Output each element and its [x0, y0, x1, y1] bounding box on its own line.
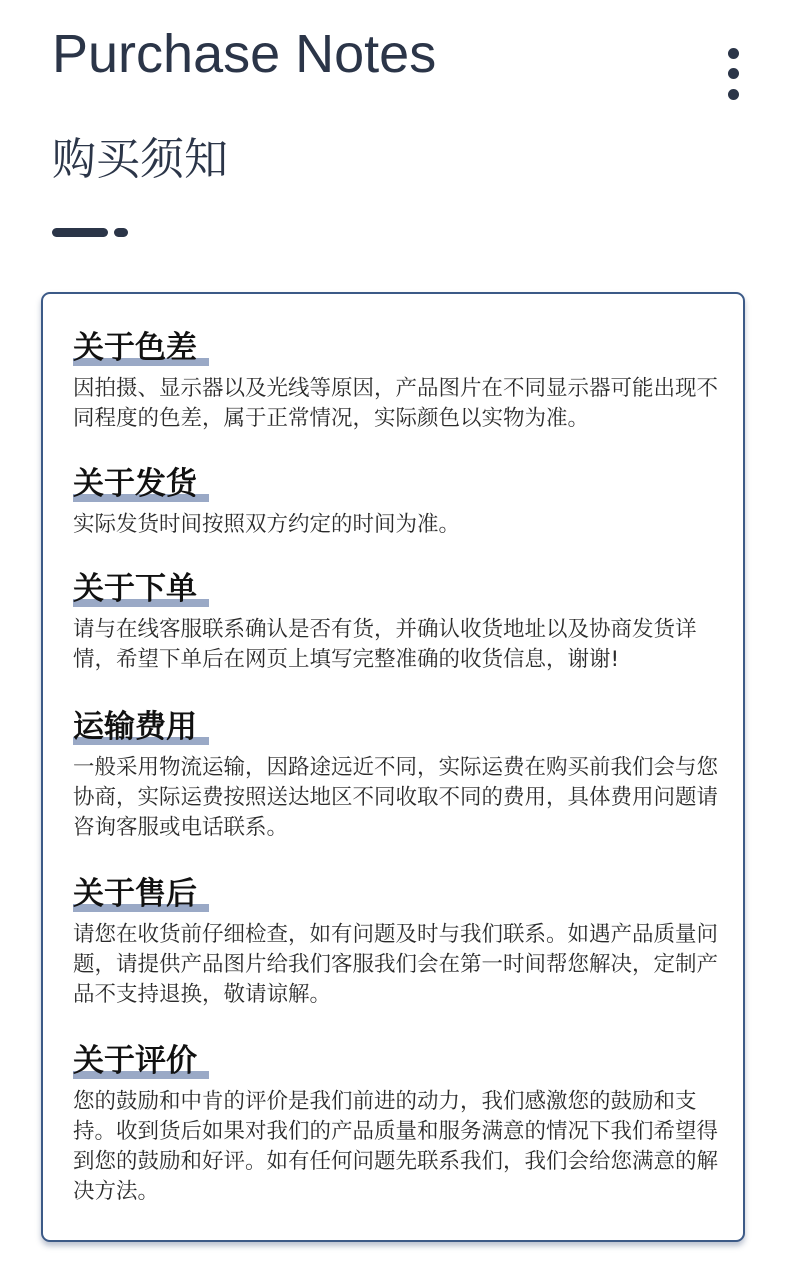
more-dot [728, 89, 739, 100]
section-body: 请与在线客服联系确认是否有货，并确认收货地址以及协商发货详情，希望下单后在网页上… [73, 615, 733, 675]
section-title: 关于色差 [73, 328, 209, 368]
page-title: Purchase Notes [52, 22, 436, 86]
more-vertical-icon[interactable] [722, 44, 744, 104]
section-title: 运输费用 [73, 707, 209, 747]
section-title-text: 运输费用 [73, 709, 197, 745]
page-subtitle: 购买须知 [52, 132, 228, 188]
section-body: 一般采用物流运输，因路途远近不同，实际运费在购买前我们会与您协商，实际运费按照送… [73, 753, 733, 843]
section-title-text: 关于下单 [73, 571, 197, 607]
notes-card: 关于色差 因拍摄、显示器以及光线等原因，产品图片在不同显示器可能出现不同程度的色… [41, 292, 745, 1242]
section-body: 实际发货时间按照双方约定的时间为准。 [73, 510, 733, 540]
section-title-text: 关于售后 [73, 876, 197, 912]
section-ordering: 关于下单 请与在线客服联系确认是否有货，并确认收货地址以及协商发货详情，希望下单… [73, 569, 733, 675]
section-body: 因拍摄、显示器以及光线等原因，产品图片在不同显示器可能出现不同程度的色差，属于正… [73, 374, 733, 434]
section-title: 关于售后 [73, 874, 209, 914]
section-color-difference: 关于色差 因拍摄、显示器以及光线等原因，产品图片在不同显示器可能出现不同程度的色… [73, 328, 733, 434]
section-shipping: 关于发货 实际发货时间按照双方约定的时间为准。 [73, 464, 733, 540]
section-title: 关于发货 [73, 464, 209, 504]
section-title-text: 关于色差 [73, 330, 197, 366]
section-shipping-fees: 运输费用 一般采用物流运输，因路途远近不同，实际运费在购买前我们会与您协商，实际… [73, 707, 733, 843]
section-after-sales: 关于售后 请您在收货前仔细检查，如有问题及时与我们联系。如遇产品质量问题，请提供… [73, 874, 733, 1010]
decoration-dot [114, 228, 128, 237]
section-reviews: 关于评价 您的鼓励和中肯的评价是我们前进的动力，我们感激您的鼓励和支持。收到货后… [73, 1041, 733, 1207]
section-title-text: 关于发货 [73, 466, 197, 502]
section-body: 您的鼓励和中肯的评价是我们前进的动力，我们感激您的鼓励和支持。收到货后如果对我们… [73, 1087, 733, 1207]
more-dot [728, 68, 739, 79]
section-body: 请您在收货前仔细检查，如有问题及时与我们联系。如遇产品质量问题，请提供产品图片给… [73, 920, 733, 1010]
more-dot [728, 48, 739, 59]
section-title: 关于下单 [73, 569, 209, 609]
section-title-text: 关于评价 [73, 1043, 197, 1079]
title-decoration [52, 228, 132, 238]
decoration-bar [52, 228, 108, 237]
section-title: 关于评价 [73, 1041, 209, 1081]
